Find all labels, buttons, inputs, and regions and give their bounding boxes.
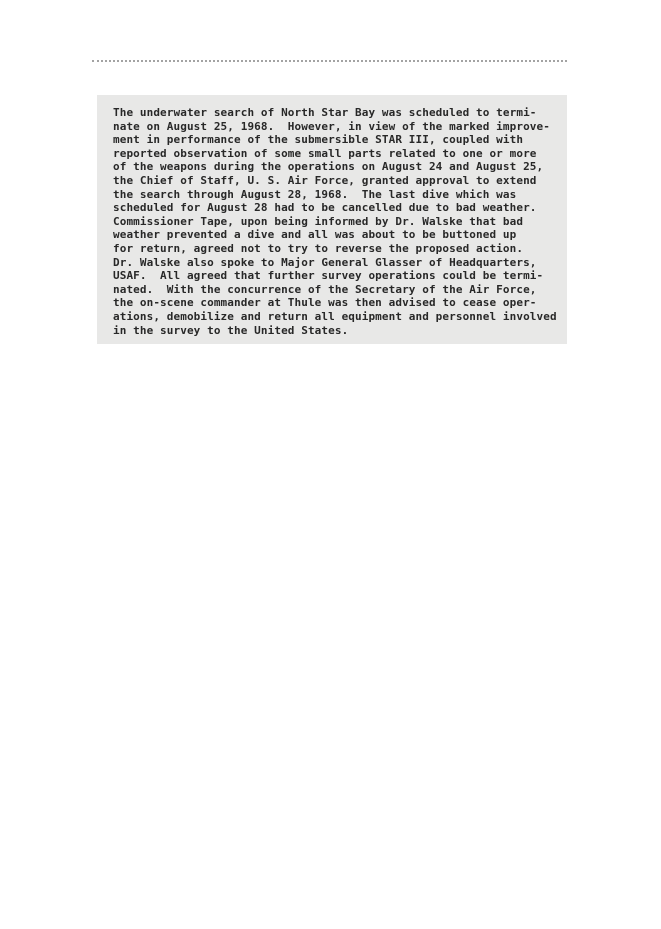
dotted-separator xyxy=(92,60,567,62)
scanned-text-block: The underwater search of North Star Bay … xyxy=(97,95,567,344)
document-page: The underwater search of North Star Bay … xyxy=(0,0,661,929)
paragraph-text: The underwater search of North Star Bay … xyxy=(113,106,557,337)
